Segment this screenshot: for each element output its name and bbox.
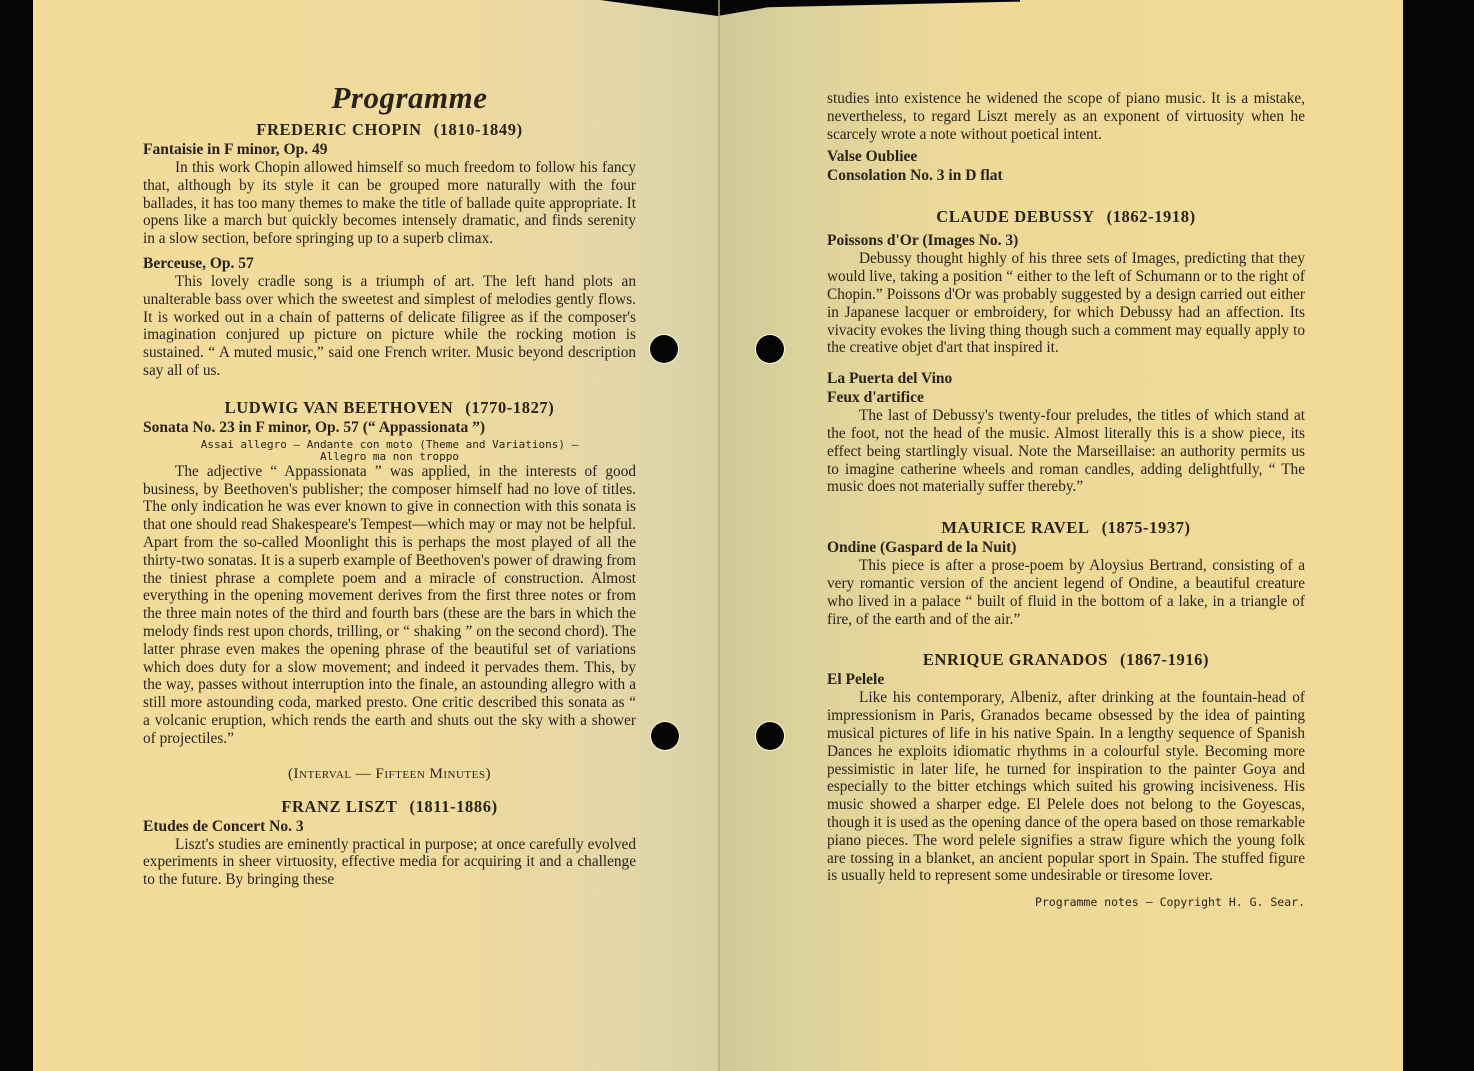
work-title: Sonata No. 23 in F minor, Op. 57 (“ Appa… — [143, 418, 636, 437]
programme-note: The last of Debussy's twenty-four prelud… — [827, 407, 1305, 496]
interval-notice: (Interval — Fifteen Minutes) — [143, 766, 636, 783]
programme-note: The adjective “ Appassionata ” was appli… — [143, 463, 636, 748]
work-title: Berceuse, Op. 57 — [143, 254, 636, 273]
composer-heading: FREDERIC CHOPIN(1810-1849) — [143, 120, 636, 140]
punch-hole-icon — [756, 335, 784, 363]
copyright-footer: Programme notes — Copyright H. G. Sear. — [827, 895, 1305, 909]
debussy-section: CLAUDE DEBUSSY(1862-1918) Poissons d'Or … — [827, 207, 1305, 496]
programme-note: This lovely cradle song is a triumph of … — [143, 273, 636, 380]
liszt-section: FRANZ LISZT(1811-1886) Etudes de Concert… — [143, 797, 636, 889]
work-title: El Pelele — [827, 670, 1305, 689]
work-title: Consolation No. 3 in D flat — [827, 166, 1305, 185]
composer-heading: LUDWIG VAN BEETHOVEN(1770-1827) — [143, 398, 636, 418]
right-page: studies into existence he widened the sc… — [719, 0, 1403, 1071]
tempo-markings: Assai allegro — Andante con moto (Theme … — [143, 439, 636, 463]
booklet-spine — [718, 0, 720, 1071]
granados-section: ENRIQUE GRANADOS(1867-1916) El Pelele Li… — [827, 650, 1305, 885]
left-column: Programme FREDERIC CHOPIN(1810-1849) Fan… — [143, 80, 636, 889]
left-page: Programme FREDERIC CHOPIN(1810-1849) Fan… — [33, 0, 719, 1071]
programme-note: This piece is after a prose-poem by Aloy… — [827, 557, 1305, 628]
programme-note: Debussy thought highly of his three sets… — [827, 250, 1305, 357]
composer-heading: MAURICE RAVEL(1875-1937) — [827, 518, 1305, 538]
chopin-section: FREDERIC CHOPIN(1810-1849) Fantaisie in … — [143, 120, 636, 380]
punch-hole-icon — [651, 722, 679, 750]
work-title: La Puerta del Vino — [827, 369, 1305, 388]
ravel-section: MAURICE RAVEL(1875-1937) Ondine (Gaspard… — [827, 518, 1305, 628]
composer-heading: ENRIQUE GRANADOS(1867-1916) — [827, 650, 1305, 670]
composer-heading: FRANZ LISZT(1811-1886) — [143, 797, 636, 817]
work-title: Fantaisie in F minor, Op. 49 — [143, 140, 636, 159]
work-title: Feux d'artifice — [827, 388, 1305, 407]
programme-note: Like his contemporary, Albeniz, after dr… — [827, 689, 1305, 885]
programme-title: Programme — [183, 80, 636, 116]
work-title: Etudes de Concert No. 3 — [143, 817, 636, 836]
programme-note-continued: studies into existence he widened the sc… — [827, 90, 1305, 143]
punch-hole-icon — [756, 722, 784, 750]
work-title: Poissons d'Or (Images No. 3) — [827, 231, 1305, 250]
punch-hole-icon — [650, 335, 678, 363]
programme-note: Liszt's studies are eminently practical … — [143, 836, 636, 889]
work-title: Ondine (Gaspard de la Nuit) — [827, 538, 1305, 557]
work-title: Valse Oubliee — [827, 147, 1305, 166]
right-column: studies into existence he widened the sc… — [827, 90, 1305, 909]
programme-note: In this work Chopin allowed himself so m… — [143, 159, 636, 248]
beethoven-section: LUDWIG VAN BEETHOVEN(1770-1827) Sonata N… — [143, 398, 636, 748]
composer-heading: CLAUDE DEBUSSY(1862-1918) — [827, 207, 1305, 227]
